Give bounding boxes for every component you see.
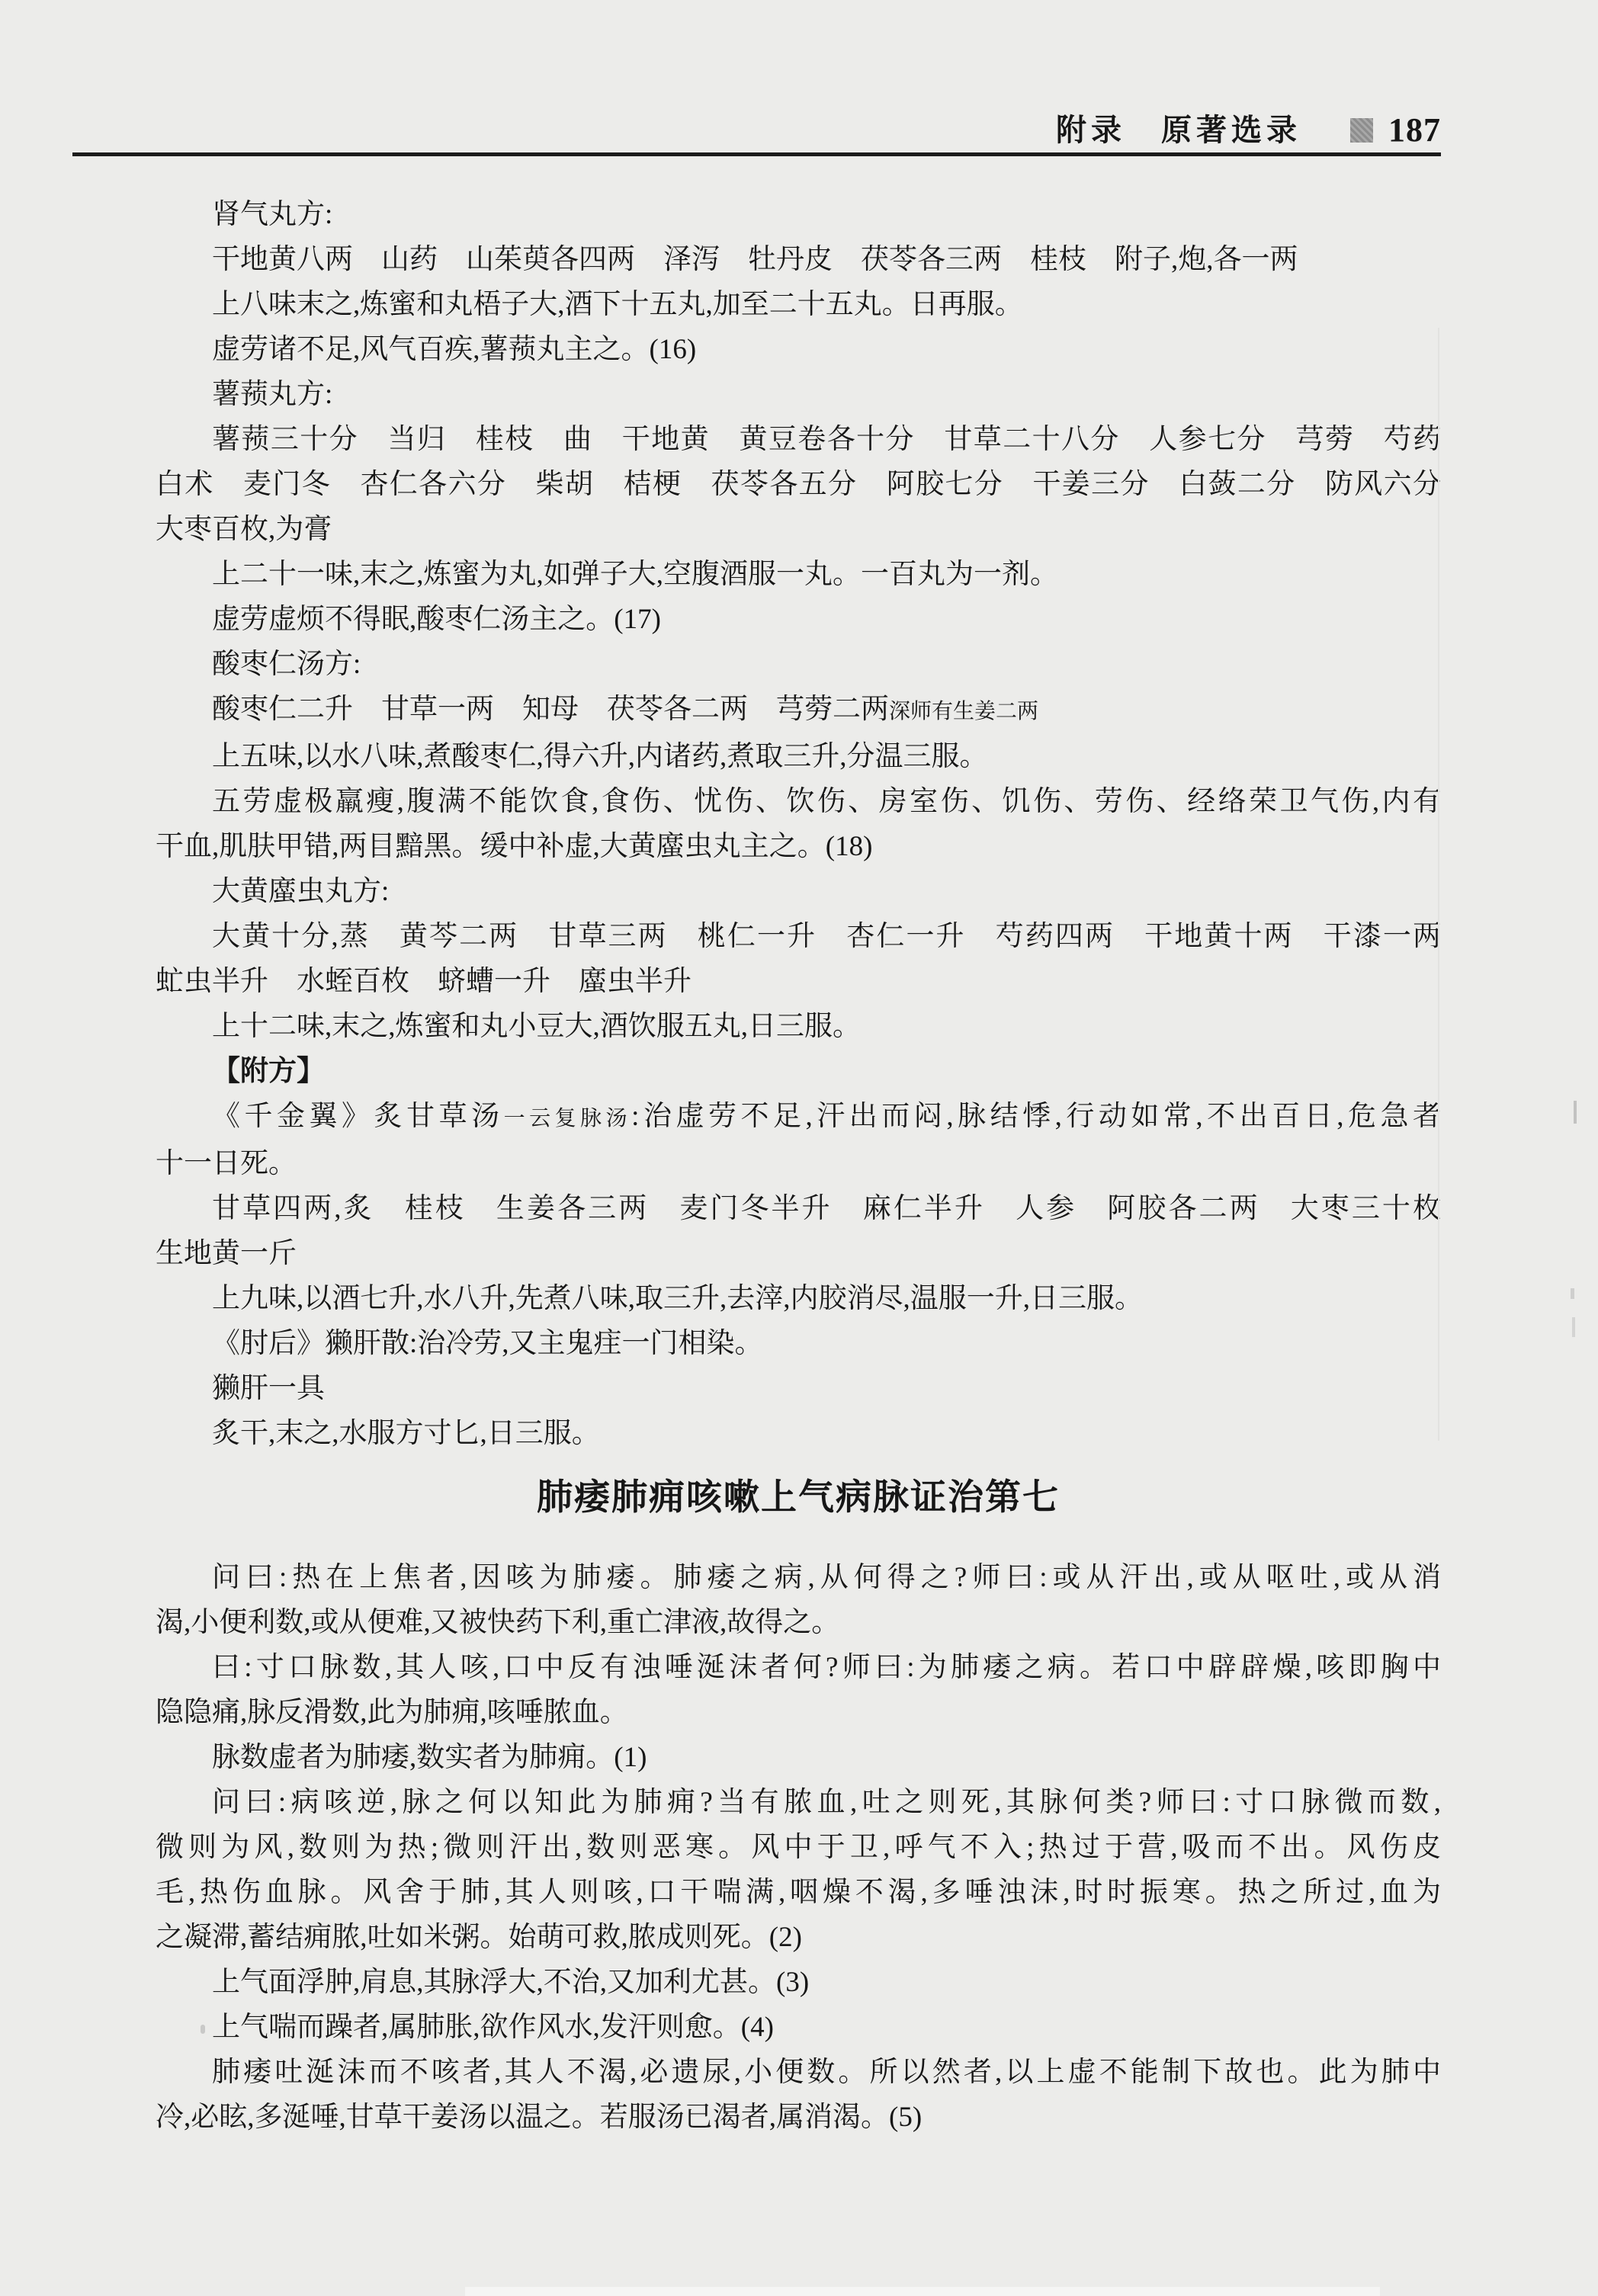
text-line: 上八味末之,炼蜜和丸梧子大,酒下十五丸,加至二十五丸。日再服。 xyxy=(156,282,1441,327)
text-line: 上十二味,末之,炼蜜和丸小豆大,酒饮服五丸,日三服。 xyxy=(156,1004,1441,1049)
text-segment: 酸枣仁二升 甘草一两 知母 茯苓各二两 芎䓖二两 xyxy=(212,694,889,725)
text-segment: 脉数虚者为肺痿,数实者为肺痈。(1) xyxy=(212,1742,647,1773)
text-segment: 隐隐痛,脉反滑数,此为肺痈,咳唾脓血。 xyxy=(156,1697,628,1728)
text-line: 问曰:热在上焦者,因咳为肺痿。肺痿之病,从何得之?师曰:或从汗出,或从呕吐,或从… xyxy=(156,1555,1441,1600)
header-rule xyxy=(72,152,1441,156)
text-line: 薯蓣三十分 当归 桂枝 曲 干地黄 黄豆卷各十分 甘草二十八分 人参七分 芎䓖 … xyxy=(156,417,1441,462)
text-segment: 肾气丸方: xyxy=(212,199,332,230)
text-line: 之凝滞,蓄结痈脓,吐如米粥。始萌可救,脓成则死。(2) xyxy=(156,1915,1441,1960)
text-segment: 生地黄一斤 xyxy=(156,1238,297,1269)
text-line: 上九味,以酒七升,水八升,先煮八味,取三升,去滓,内胶消尽,温服一升,日三服。 xyxy=(156,1276,1441,1321)
text-segment: 虚劳诸不足,风气百疾,薯蓣丸主之。(16) xyxy=(212,334,696,365)
text-segment: 问曰:热在上焦者,因咳为肺痿。肺痿之病,从何得之?师曰:或从汗出,或从呕吐,或从… xyxy=(212,1562,1441,1593)
running-head-title: 附录 原著选录 xyxy=(1056,113,1301,148)
text-line: 虻虫半升 水蛭百枚 蛴螬一升 䗪虫半升 xyxy=(156,959,1441,1004)
text-line: 脉数虚者为肺痿,数实者为肺痈。(1) xyxy=(156,1735,1441,1780)
text-line: 酸枣仁二升 甘草一两 知母 茯苓各二两 芎䓖二两深师有生姜二两 xyxy=(156,687,1441,734)
page-number: 187 xyxy=(1388,113,1441,148)
text-segment: 白术 麦门冬 杏仁各六分 柴胡 桔梗 茯苓各五分 阿胶七分 干姜三分 白蔹二分 … xyxy=(156,469,1441,500)
text-segment: 渴,小便利数,或从便难,又被快药下利,重亡津液,故得之。 xyxy=(156,1607,839,1638)
text-line: 干血,肌肤甲错,两目黯黑。缓中补虚,大黄䗪虫丸主之。(18) xyxy=(156,824,1441,869)
text-segment: 五劳虚极羸瘦,腹满不能饮食,食伤、忧伤、饮伤、房室伤、饥伤、劳伤、经络荣卫气伤,… xyxy=(212,786,1441,817)
text-line: 冷,必眩,多涎唾,甘草干姜汤以温之。若服汤已渴者,属消渴。(5) xyxy=(156,2095,1441,2140)
text-line: 《千金翼》炙甘草汤一云复脉汤:治虚劳不足,汗出而闷,脉结悸,行动如常,不出百日,… xyxy=(156,1094,1441,1141)
text-segment: 虻虫半升 水蛭百枚 蛴螬一升 䗪虫半升 xyxy=(156,966,692,997)
text-line: 五劳虚极羸瘦,腹满不能饮食,食伤、忧伤、饮伤、房室伤、饥伤、劳伤、经络荣卫气伤,… xyxy=(156,779,1441,824)
text-line: 肺痿吐涎沫而不咳者,其人不渴,必遗尿,小便数。所以然者,以上虚不能制下故也。此为… xyxy=(156,2050,1441,2095)
text-segment: 大黄十分,蒸 黄芩二两 甘草三两 桃仁一升 杏仁一升 芍药四两 干地黄十两 干漆… xyxy=(212,921,1441,952)
text-line: 隐隐痛,脉反滑数,此为肺痈,咳唾脓血。 xyxy=(156,1690,1441,1735)
text-line: 虚劳虚烦不得眠,酸枣仁汤主之。(17) xyxy=(156,597,1441,642)
text-segment: 干地黄八两 山药 山茱萸各四两 泽泻 牡丹皮 茯苓各三两 桂枝 附子,炮,各一两 xyxy=(212,244,1298,275)
text-line: 大黄十分,蒸 黄芩二两 甘草三两 桃仁一升 杏仁一升 芍药四两 干地黄十两 干漆… xyxy=(156,914,1441,959)
text-segment: 獭肝一具 xyxy=(212,1373,325,1404)
text-segment: 【附方】 xyxy=(212,1056,325,1087)
text-segment: 《千金翼》炙甘草汤 xyxy=(212,1101,504,1132)
text-segment: 曰:寸口脉数,其人咳,口中反有浊唾涎沫者何?师曰:为肺痿之病。若口中辟辟燥,咳即… xyxy=(212,1652,1441,1683)
scanned-book-page: 附录 原著选录 187 肾气丸方:干地黄八两 山药 山茱萸各四两 泽泻 牡丹皮 … xyxy=(0,0,1598,2296)
text-line: 曰:寸口脉数,其人咳,口中反有浊唾涎沫者何?师曰:为肺痿之病。若口中辟辟燥,咳即… xyxy=(156,1645,1441,1690)
text-segment: 薯蓣三十分 当归 桂枝 曲 干地黄 黄豆卷各十分 甘草二十八分 人参七分 芎䓖 … xyxy=(212,424,1441,455)
text-segment: 甘草四两,炙 桂枝 生姜各三两 麦门冬半升 麻仁半升 人参 阿胶各二两 大枣三十… xyxy=(212,1193,1441,1224)
scan-artifact-bottom-smudge xyxy=(465,2287,1380,2296)
text-segment: 肺痿吐涎沫而不咳者,其人不渴,必遗尿,小便数。所以然者,以上虚不能制下故也。此为… xyxy=(212,2057,1441,2088)
text-line: 微则为风,数则为热;微则汗出,数则恶寒。风中于卫,呼气不入;热过于营,吸而不出。… xyxy=(156,1825,1441,1870)
text-segment: 上五味,以水八味,煮酸枣仁,得六升,内诸药,煮取三升,分温三服。 xyxy=(212,741,988,772)
text-segment: 上十二味,末之,炼蜜和丸小豆大,酒饮服五丸,日三服。 xyxy=(212,1011,861,1042)
text-block-after-title: 问曰:热在上焦者,因咳为肺痿。肺痿之病,从何得之?师曰:或从汗出,或从呕吐,或从… xyxy=(156,1555,1441,2140)
text-line: 大黄䗪虫丸方: xyxy=(156,869,1441,914)
page-header: 附录 原著选录 187 xyxy=(0,113,1441,148)
inline-annotation: 深师有生姜二两 xyxy=(889,700,1038,723)
text-segment: 干血,肌肤甲错,两目黯黑。缓中补虚,大黄䗪虫丸主之。(18) xyxy=(156,831,872,862)
text-line: 问曰:病咳逆,脉之何以知此为肺痈?当有脓血,吐之则死,其脉何类?师曰:寸口脉微而… xyxy=(156,1780,1441,1825)
scan-artifact-tick xyxy=(1572,1317,1575,1337)
text-segment: 之凝滞,蓄结痈脓,吐如米粥。始萌可救,脓成则死。(2) xyxy=(156,1922,802,1953)
text-segment: 《肘后》獭肝散:治冷劳,又主鬼疰一门相染。 xyxy=(212,1328,763,1359)
text-segment: 薯蓣丸方: xyxy=(212,379,332,410)
text-line: 虚劳诸不足,风气百疾,薯蓣丸主之。(16) xyxy=(156,327,1441,372)
text-segment: 上气喘而躁者,属肺胀,欲作风水,发汗则愈。(4) xyxy=(212,2012,774,2043)
text-line: 干地黄八两 山药 山茱萸各四两 泽泻 牡丹皮 茯苓各三两 桂枝 附子,炮,各一两 xyxy=(156,237,1441,282)
text-line: 肾气丸方: xyxy=(156,192,1441,237)
text-line: 上二十一味,末之,炼蜜为丸,如弹子大,空腹酒服一丸。一百丸为一剂。 xyxy=(156,552,1441,597)
text-segment: 冷,必眩,多涎唾,甘草干姜汤以温之。若服汤已渴者,属消渴。(5) xyxy=(156,2102,922,2133)
text-line: 渴,小便利数,或从便难,又被快药下利,重亡津液,故得之。 xyxy=(156,1600,1441,1645)
text-line: 毛,热伤血脉。风舍于肺,其人则咳,口干喘满,咽燥不渴,多唾浊沫,时时振寒。热之所… xyxy=(156,1870,1441,1915)
text-line: 生地黄一斤 xyxy=(156,1231,1441,1276)
text-segment: 酸枣仁汤方: xyxy=(212,649,361,680)
text-line: 上气面浮肿,肩息,其脉浮大,不治,又加利尤甚。(3) xyxy=(156,1960,1441,2005)
text-line: 十一日死。 xyxy=(156,1141,1441,1186)
text-segment: 十一日死。 xyxy=(156,1148,297,1179)
text-segment: 上二十一味,末之,炼蜜为丸,如弹子大,空腹酒服一丸。一百丸为一剂。 xyxy=(212,559,1058,590)
text-segment: 虚劳虚烦不得眠,酸枣仁汤主之。(17) xyxy=(212,604,661,635)
scan-artifact-tick xyxy=(1574,1101,1577,1124)
text-line: 甘草四两,炙 桂枝 生姜各三两 麦门冬半升 麻仁半升 人参 阿胶各二两 大枣三十… xyxy=(156,1186,1441,1231)
text-segment: 上气面浮肿,肩息,其脉浮大,不治,又加利尤甚。(3) xyxy=(212,1967,809,1998)
text-line: 上五味,以水八味,煮酸枣仁,得六升,内诸药,煮取三升,分温三服。 xyxy=(156,734,1441,779)
text-line: 《肘后》獭肝散:治冷劳,又主鬼疰一门相染。 xyxy=(156,1321,1441,1366)
inline-annotation: 一云复脉汤 xyxy=(504,1107,632,1130)
chapter-title: 肺痿肺痈咳嗽上气病脉证治第七 xyxy=(156,1473,1441,1523)
text-line: 【附方】 xyxy=(156,1049,1441,1094)
text-line: 白术 麦门冬 杏仁各六分 柴胡 桔梗 茯苓各五分 阿胶七分 干姜三分 白蔹二分 … xyxy=(156,462,1441,507)
text-segment: 上九味,以酒七升,水八升,先煮八味,取三升,去滓,内胶消尽,温服一升,日三服。 xyxy=(212,1283,1143,1314)
halftone-square-icon xyxy=(1350,118,1373,143)
text-segment: :治虚劳不足,汗出而闷,脉结悸,行动如常,不出百日,危急者 xyxy=(631,1101,1441,1132)
text-segment: 大枣百枚,为膏 xyxy=(156,514,332,545)
text-segment: 大黄䗪虫丸方: xyxy=(212,876,389,907)
text-segment: 问曰:病咳逆,脉之何以知此为肺痈?当有脓血,吐之则死,其脉何类?师曰:寸口脉微而… xyxy=(212,1787,1441,1818)
text-segment: 上八味末之,炼蜜和丸梧子大,酒下十五丸,加至二十五丸。日再服。 xyxy=(212,289,1023,320)
text-segment: 毛,热伤血脉。风舍于肺,其人则咳,口干喘满,咽燥不渴,多唾浊沫,时时振寒。热之所… xyxy=(156,1877,1441,1908)
text-line: 酸枣仁汤方: xyxy=(156,642,1441,687)
text-line: 炙干,末之,水服方寸匕,日三服。 xyxy=(156,1411,1441,1456)
text-line: 薯蓣丸方: xyxy=(156,372,1441,417)
text-line: 大枣百枚,为膏 xyxy=(156,507,1441,552)
body-text: 肾气丸方:干地黄八两 山药 山茱萸各四两 泽泻 牡丹皮 茯苓各三两 桂枝 附子,… xyxy=(156,192,1441,2140)
text-block-before-title: 肾气丸方:干地黄八两 山药 山茱萸各四两 泽泻 牡丹皮 茯苓各三两 桂枝 附子,… xyxy=(156,192,1441,1456)
scan-artifact-speck xyxy=(201,2025,205,2034)
text-segment: 炙干,末之,水服方寸匕,日三服。 xyxy=(212,1418,600,1449)
scan-artifact-gutter-line xyxy=(1438,328,1439,1441)
scan-artifact-tick xyxy=(1571,1288,1574,1299)
text-line: 上气喘而躁者,属肺胀,欲作风水,发汗则愈。(4) xyxy=(156,2005,1441,2050)
text-line: 獭肝一具 xyxy=(156,1366,1441,1411)
text-segment: 微则为风,数则为热;微则汗出,数则恶寒。风中于卫,呼气不入;热过于营,吸而不出。… xyxy=(156,1832,1441,1863)
